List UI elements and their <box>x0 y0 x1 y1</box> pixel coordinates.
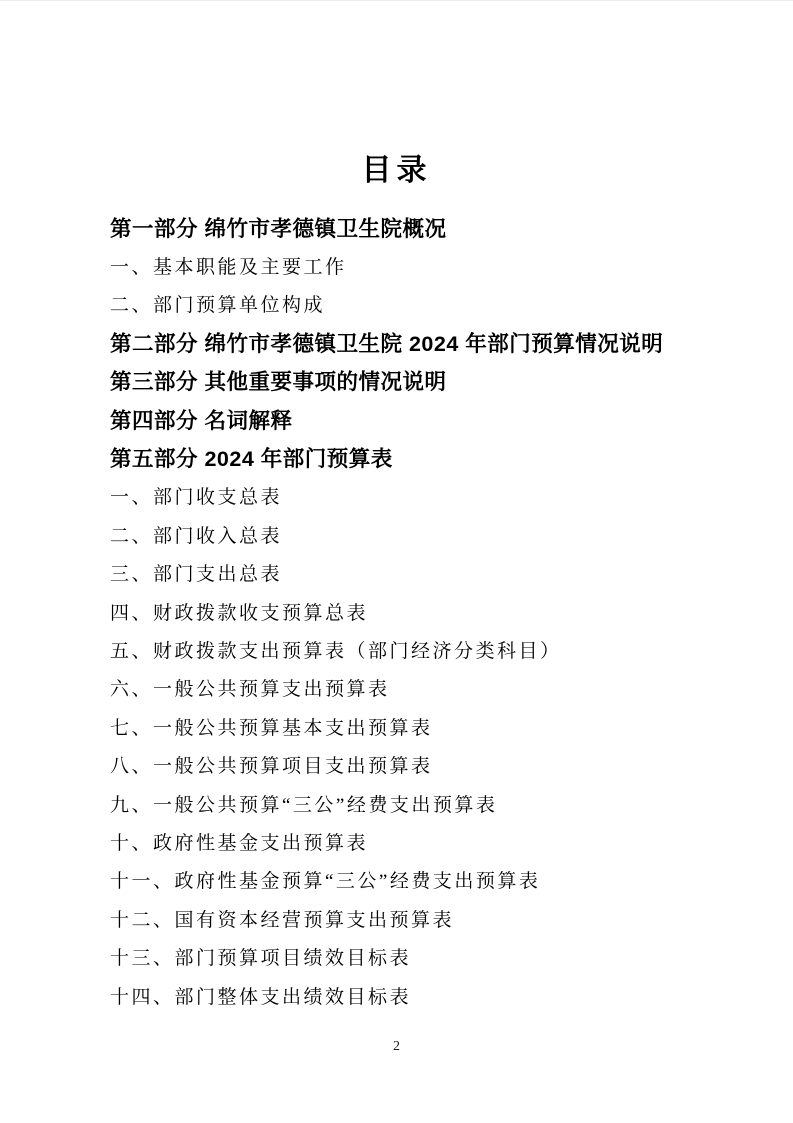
toc-item-label: 九、一般公共预算“三公”经费支出预算表 <box>110 790 497 817</box>
toc-entry: 七、一般公共预算基本支出预算表 <box>110 707 738 745</box>
toc-section-heading: 第一部分 绵竹市孝德镇卫生院概况 <box>110 212 446 243</box>
toc-item-label: 二、部门预算单位构成 <box>110 290 325 317</box>
toc-item-label: 一、部门收支总表 <box>110 482 282 509</box>
table-of-contents: 第一部分 绵竹市孝德镇卫生院概况一、基本职能及主要工作二、部门预算单位构成第二部… <box>110 208 738 1014</box>
toc-item-label: 十四、部门整体支出绩效目标表 <box>110 982 411 1009</box>
page-number: 2 <box>0 1039 793 1055</box>
toc-entry: 第一部分 绵竹市孝德镇卫生院概况 <box>110 208 738 246</box>
toc-item-label: 十二、国有资本经营预算支出预算表 <box>110 905 454 932</box>
toc-entry: 六、一般公共预算支出预算表 <box>110 669 738 707</box>
toc-entry: 二、部门收入总表 <box>110 515 738 553</box>
toc-entry: 一、部门收支总表 <box>110 477 738 515</box>
toc-entry: 十一、政府性基金预算“三公”经费支出预算表 <box>110 861 738 899</box>
toc-entry: 第四部分 名词解释 <box>110 400 738 438</box>
toc-item-label: 八、一般公共预算项目支出预算表 <box>110 751 433 778</box>
toc-item-label: 二、部门收入总表 <box>110 521 282 548</box>
toc-entry: 二、部门预算单位构成 <box>110 285 738 323</box>
toc-entry: 十、政府性基金支出预算表 <box>110 822 738 860</box>
toc-entry: 第二部分 绵竹市孝德镇卫生院 2024 年部门预算情况说明 <box>110 323 738 361</box>
toc-entry: 十三、部门预算项目绩效目标表 <box>110 937 738 975</box>
toc-item-label: 三、部门支出总表 <box>110 559 282 586</box>
toc-entry: 十二、国有资本经营预算支出预算表 <box>110 899 738 937</box>
toc-item-label: 一、基本职能及主要工作 <box>110 252 347 279</box>
toc-entry: 十四、部门整体支出绩效目标表 <box>110 976 738 1014</box>
toc-section-heading: 第二部分 绵竹市孝德镇卫生院 2024 年部门预算情况说明 <box>110 327 663 358</box>
toc-entry: 四、财政拨款收支预算总表 <box>110 592 738 630</box>
toc-item-label: 十一、政府性基金预算“三公”经费支出预算表 <box>110 866 540 893</box>
toc-entry: 第三部分 其他重要事项的情况说明 <box>110 362 738 400</box>
toc-entry: 五、财政拨款支出预算表（部门经济分类科目） <box>110 630 738 668</box>
toc-entry: 八、一般公共预算项目支出预算表 <box>110 745 738 783</box>
toc-entry: 一、基本职能及主要工作 <box>110 246 738 284</box>
toc-item-label: 五、财政拨款支出预算表（部门经济分类科目） <box>110 636 562 663</box>
toc-item-label: 四、财政拨款收支预算总表 <box>110 598 368 625</box>
toc-item-label: 十、政府性基金支出预算表 <box>110 828 368 855</box>
document-page: 目录 第一部分 绵竹市孝德镇卫生院概况一、基本职能及主要工作二、部门预算单位构成… <box>0 0 793 1123</box>
toc-entry: 第五部分 2024 年部门预算表 <box>110 438 738 476</box>
toc-entry: 九、一般公共预算“三公”经费支出预算表 <box>110 784 738 822</box>
toc-section-heading: 第三部分 其他重要事项的情况说明 <box>110 365 446 396</box>
toc-item-label: 七、一般公共预算基本支出预算表 <box>110 713 433 740</box>
toc-item-label: 十三、部门预算项目绩效目标表 <box>110 943 411 970</box>
toc-section-heading: 第五部分 2024 年部门预算表 <box>110 442 393 473</box>
toc-item-label: 六、一般公共预算支出预算表 <box>110 674 390 701</box>
page-title: 目录 <box>0 145 793 189</box>
toc-section-heading: 第四部分 名词解释 <box>110 404 292 435</box>
toc-entry: 三、部门支出总表 <box>110 554 738 592</box>
